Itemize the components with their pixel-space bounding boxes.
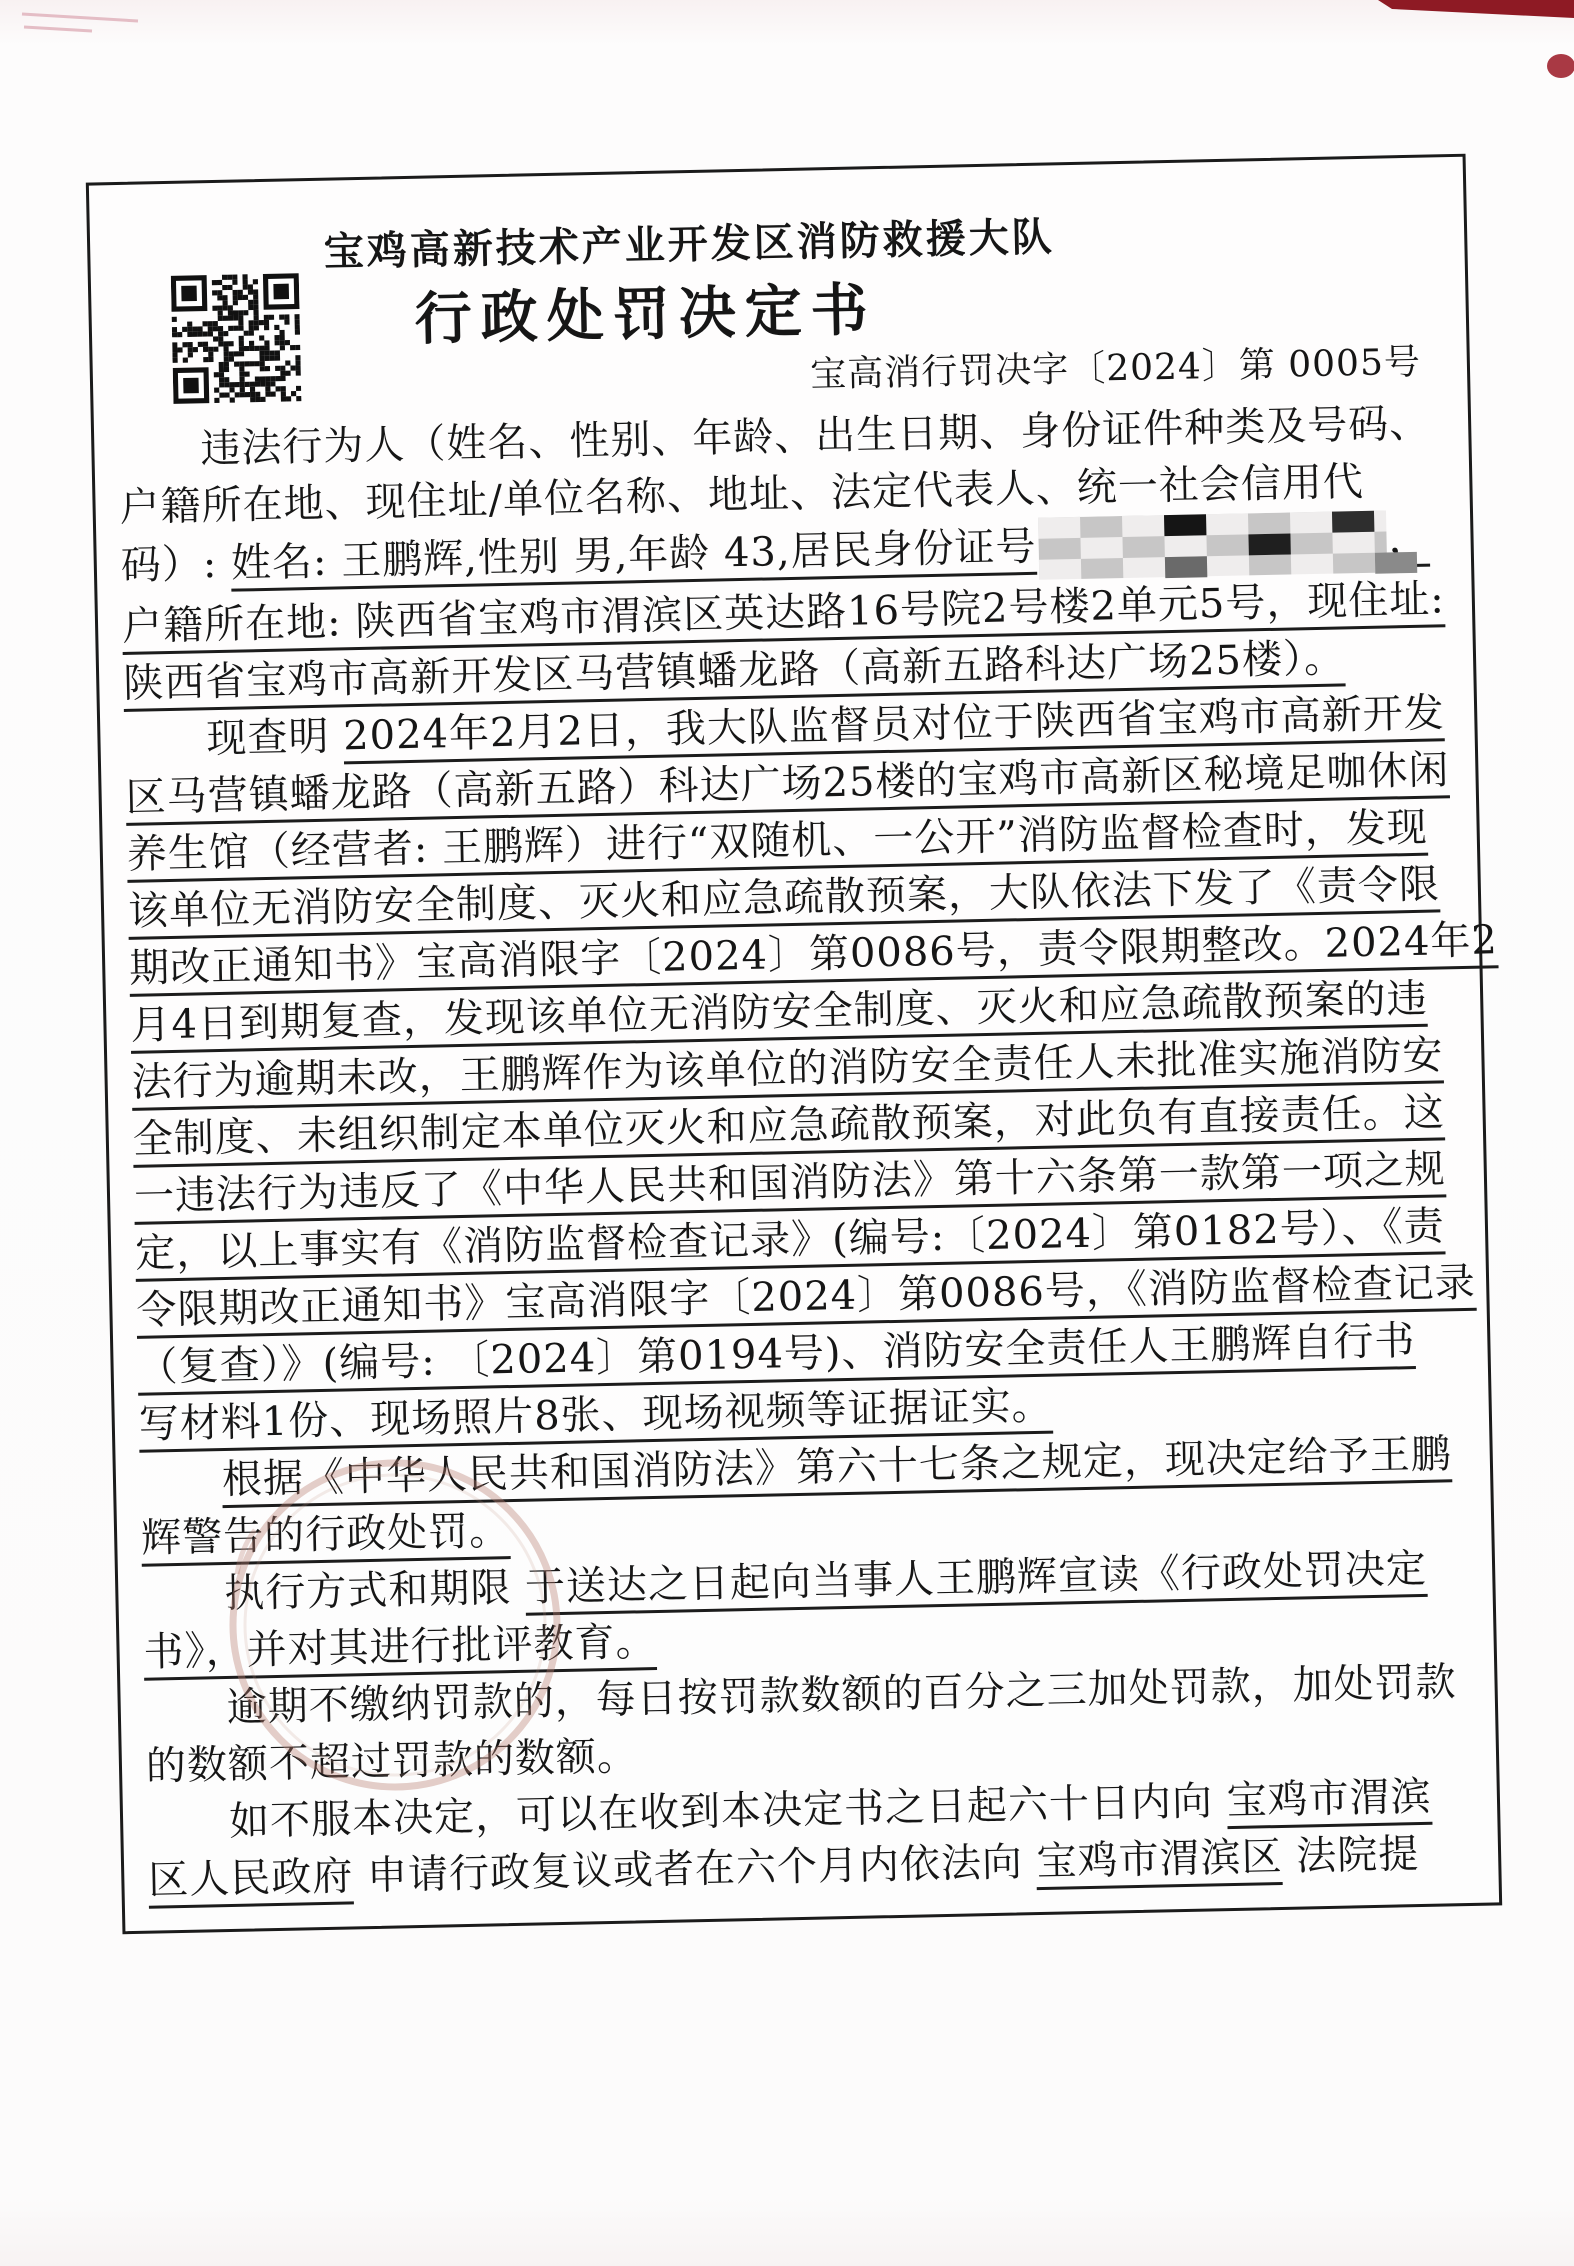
filled-in-text: 宝鸡市渭滨 [1226, 1774, 1432, 1829]
form-text: 执行方式和期限 [224, 1565, 526, 1617]
document-sheet: 宝鸡高新技术产业开发区消防救援大队 行政处罚决定书 宝高消行罚决字〔2024〕第… [86, 154, 1502, 1935]
qr-code [171, 267, 302, 410]
form-text: 法院提 [1282, 1831, 1420, 1880]
top-left-pink-scribble [22, 14, 138, 31]
right-edge-red-spot [1547, 54, 1574, 78]
top-right-red-mark [1378, 0, 1574, 18]
document-body: 违法行为人（姓名、性别、年龄、出生日期、身份证件种类及号码、户籍所在地、现住址/… [118, 395, 1479, 1910]
form-text: 的数额不超过罚款的数额。 [146, 1733, 639, 1789]
form-text: 码）: [120, 541, 231, 589]
page-root: { "document": { "organization": "宝鸡高新技术产… [0, 0, 1574, 2266]
filled-in-text: 宝鸡市渭滨区 [1036, 1834, 1283, 1890]
form-text: 现查明 [206, 713, 344, 762]
filled-in-text: 书》，并对其进行批评教育。 [143, 1619, 657, 1681]
filled-in-text: 辉警告的行政处罚。 [141, 1508, 511, 1567]
filled-in-text: 区人民政府 [148, 1853, 354, 1908]
redacted-id-number-block [1038, 510, 1387, 579]
form-text: 申请行政复议或者在六个月内依法向 [353, 1839, 1037, 1899]
filled-in-text: ， [1388, 516, 1430, 568]
